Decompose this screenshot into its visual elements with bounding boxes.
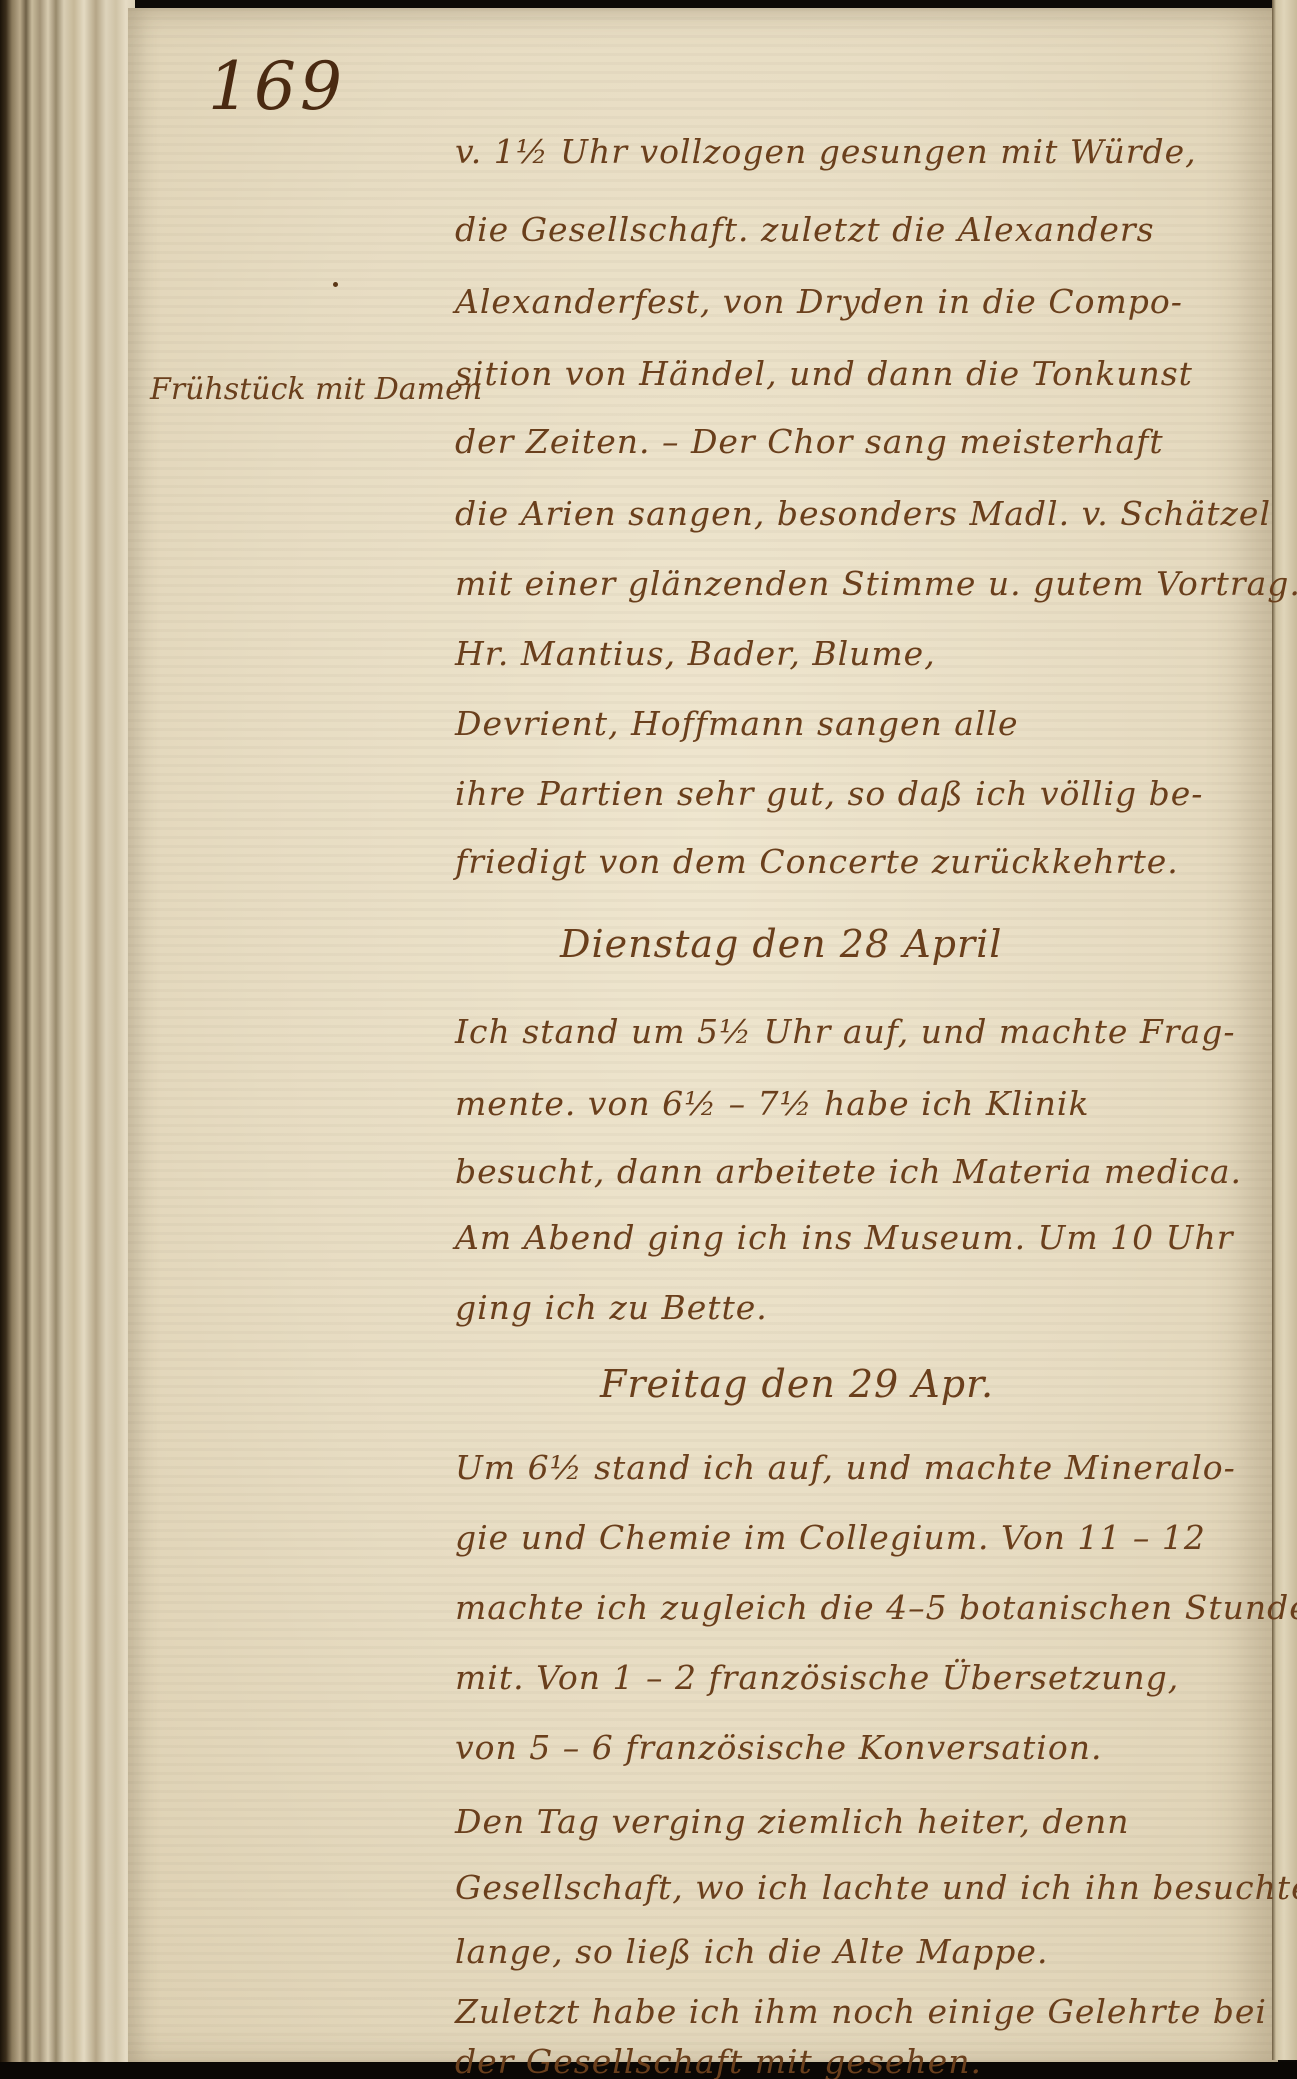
manuscript-line: von 5 – 6 französische Konversation.: [455, 1728, 1102, 1767]
manuscript-line: die Arien sangen, besonders Madl. v. Sch…: [455, 494, 1271, 533]
manuscript-line: der Zeiten. – Der Chor sang meisterhaft: [455, 422, 1164, 461]
manuscript-line: gie und Chemie im Collegium. Von 11 – 12: [455, 1518, 1206, 1557]
page-number: 169: [208, 48, 346, 125]
manuscript-line: mit. Von 1 – 2 französische Übersetzung,: [455, 1658, 1179, 1697]
manuscript-line: die Gesellschaft. zuletzt die Alexanders: [455, 210, 1155, 249]
manuscript-line: mente. von 6½ – 7½ habe ich Klinik: [455, 1084, 1089, 1123]
manuscript-line: ging ich zu Bette.: [455, 1288, 768, 1327]
manuscript-line: der Gesellschaft mit gesehen.: [455, 2042, 982, 2079]
manuscript-line: Zuletzt habe ich ihm noch einige Gelehrt…: [455, 1992, 1267, 2031]
manuscript-line: Ich stand um 5½ Uhr auf, und machte Frag…: [455, 1012, 1236, 1051]
manuscript-line: Gesellschaft, wo ich lachte und ich ihn …: [455, 1868, 1297, 1907]
manuscript-line: v. 1½ Uhr vollzogen gesungen mit Würde,: [455, 132, 1197, 171]
manuscript-line: Um 6½ stand ich auf, und machte Mineralo…: [455, 1448, 1236, 1487]
book-page-edges: [0, 0, 135, 2079]
manuscript-line: Alexanderfest, von Dryden in die Compo-: [455, 282, 1183, 321]
manuscript-line: Devrient, Hoffmann sangen alle: [455, 704, 1019, 743]
manuscript-line: Den Tag verging ziemlich heiter, denn: [455, 1802, 1129, 1841]
manuscript-line: machte ich zugleich die 4–5 botanischen …: [455, 1588, 1297, 1627]
manuscript-line: Hr. Mantius, Bader, Blume,: [455, 634, 936, 673]
manuscript-line: ihre Partien sehr gut, so daß ich völlig…: [455, 774, 1203, 813]
date-heading: Dienstag den 28 April: [560, 922, 1002, 966]
manuscript-line: sition von Händel, und dann die Tonkunst: [455, 354, 1193, 393]
margin-note: Frühstück mit Damen: [150, 372, 482, 407]
manuscript-line: mit einer glänzenden Stimme u. gutem Vor…: [455, 564, 1297, 603]
manuscript-line: besucht, dann arbeitete ich Materia medi…: [455, 1152, 1242, 1191]
facing-page-edge: [1272, 0, 1297, 2060]
ink-dot: [333, 282, 338, 287]
manuscript-line: lange, so ließ ich die Alte Mappe.: [455, 1932, 1048, 1971]
date-heading: Freitag den 29 Apr.: [600, 1362, 994, 1406]
manuscript-line: Am Abend ging ich ins Museum. Um 10 Uhr: [455, 1218, 1233, 1257]
manuscript-line: friedigt von dem Concerte zurückkehrte.: [455, 842, 1179, 881]
